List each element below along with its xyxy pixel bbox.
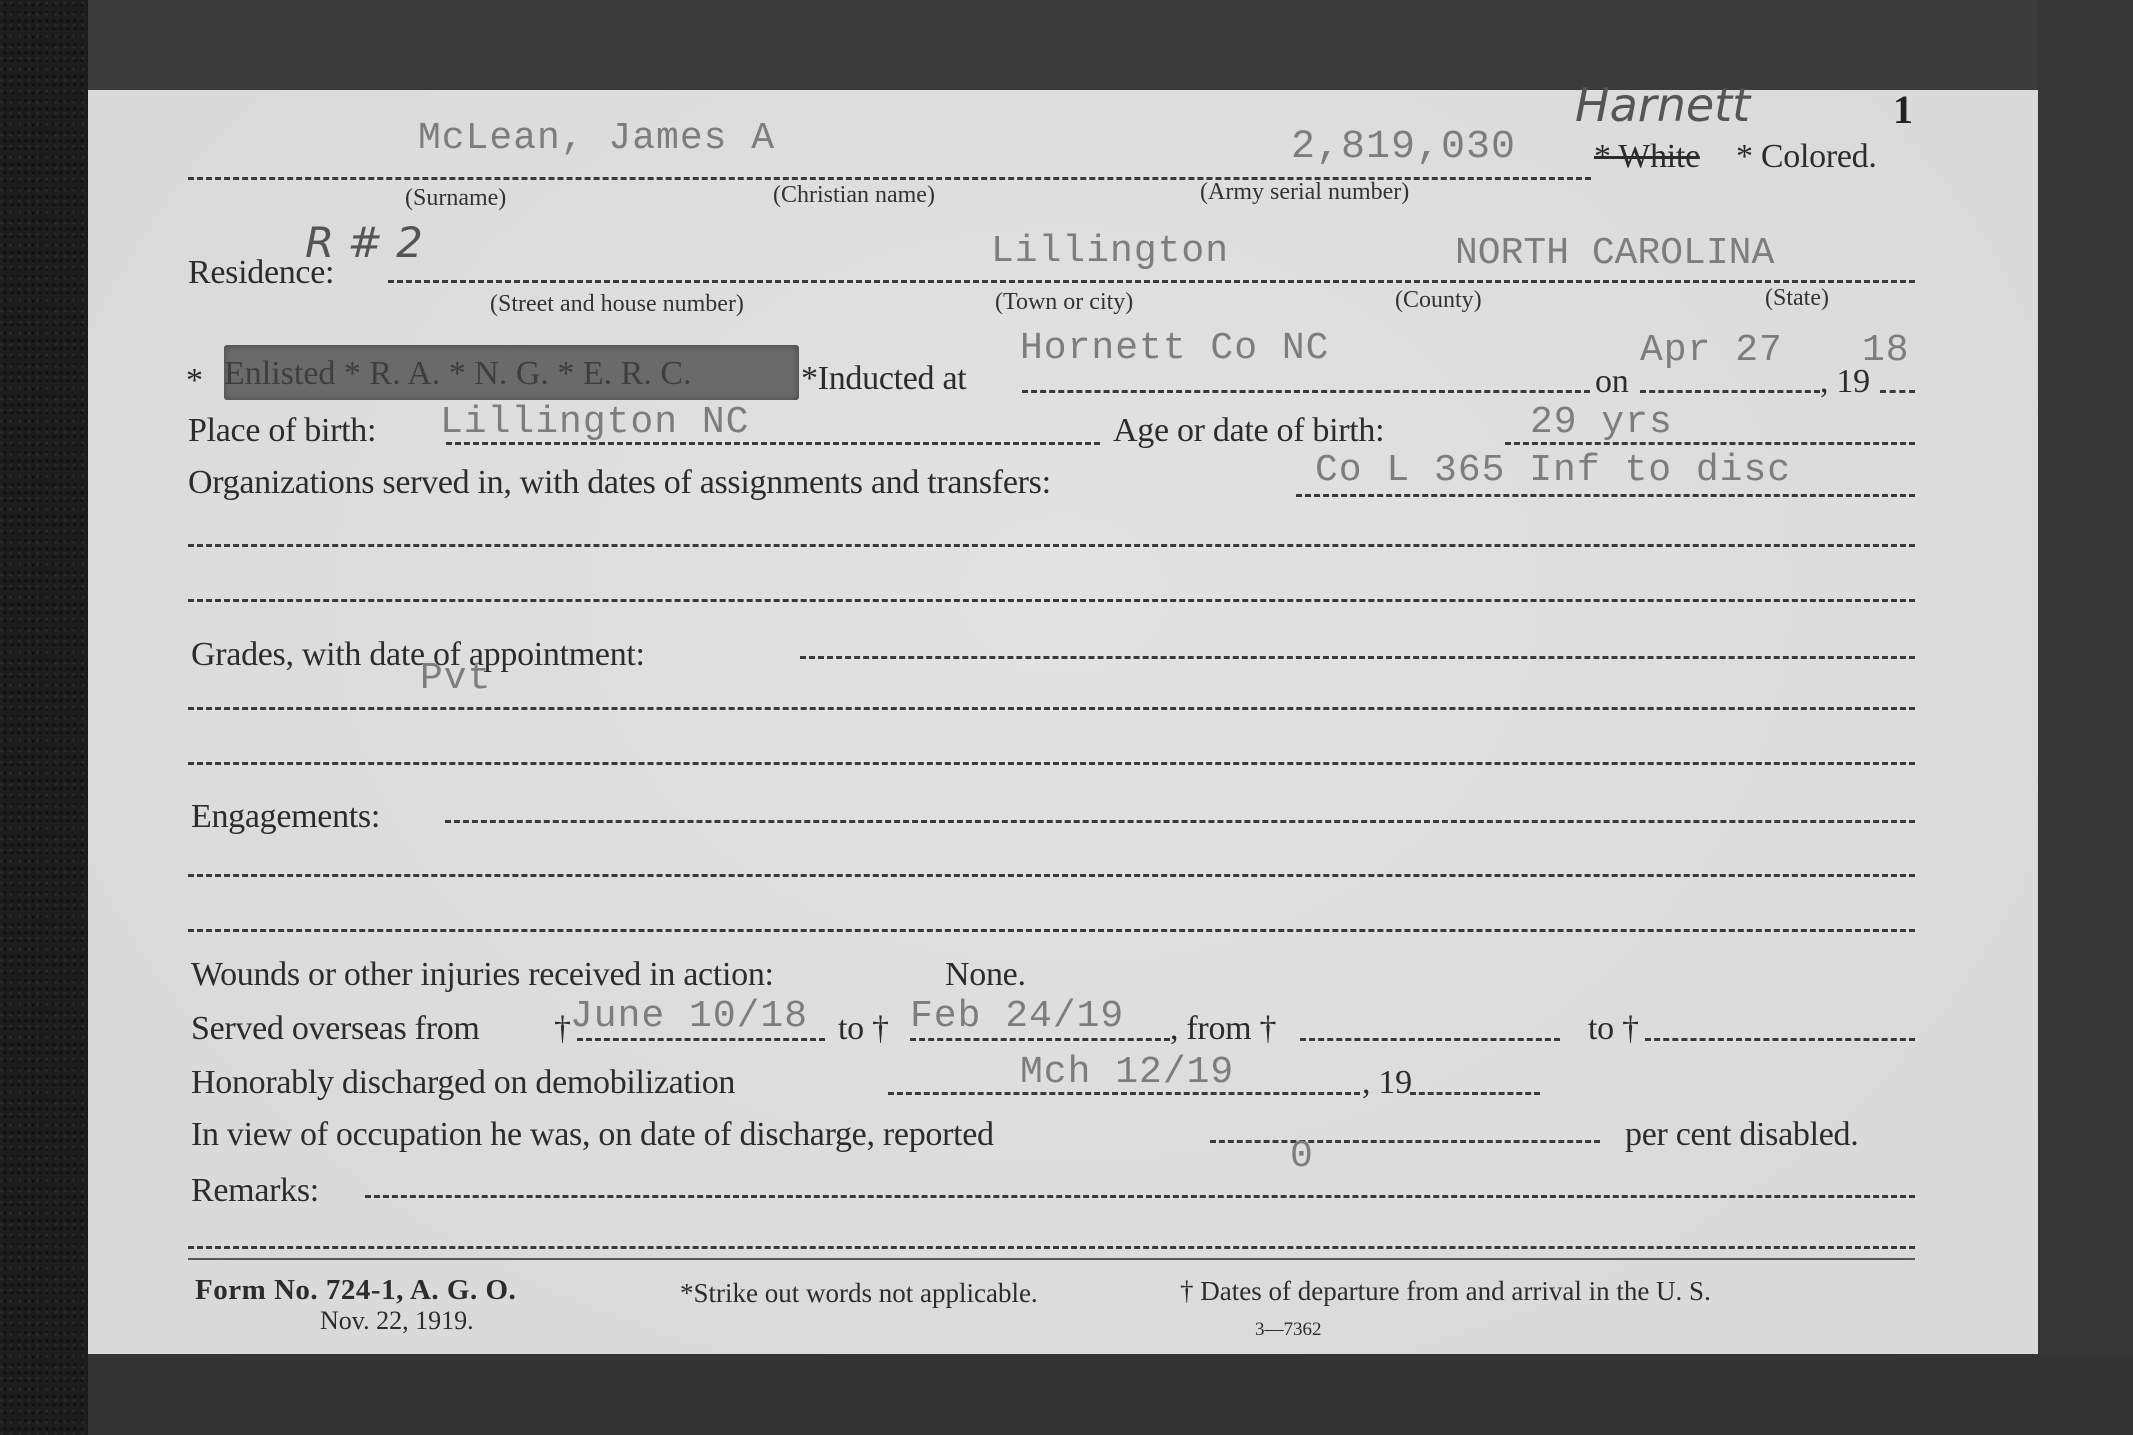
remarks-line-1 [365,1195,1915,1198]
christian-name-caption: (Christian name) [773,183,935,207]
grades-line-1 [800,656,1915,659]
footnote-asterisk: *Strike out words not applicable. [680,1280,1038,1307]
form-number: Form No. 724-1, A. G. O. [195,1276,516,1305]
residence-label: Residence: [188,256,334,290]
overseas-from-value: June 10/18 [570,998,808,1036]
engagements-line-3 [188,929,1915,932]
organizations-line-3 [188,599,1915,602]
print-code: 3—7362 [1255,1320,1322,1339]
grades-value: Pvt [420,660,491,698]
overseas-to-label: to † [838,1012,889,1046]
scan-border-right [2038,0,2133,1435]
engagements-label: Engagements: [191,800,380,834]
discharge-label: Honorably discharged on demobilization [191,1066,735,1100]
overseas-from-line [577,1038,825,1041]
overseas-label: Served overseas from [191,1012,480,1046]
surname-caption: (Surname) [405,186,506,210]
disability-label: In view of occupation he was, on date of… [191,1118,994,1152]
street-caption: (Street and house number) [490,292,744,316]
town-value: Lillington [991,233,1229,271]
overseas-to2-line [1645,1038,1915,1041]
inducted-at-label: *Inducted at [801,362,966,396]
wounds-label: Wounds or other injuries received in act… [191,958,774,992]
place-of-birth-line [446,442,1100,445]
overseas-dagger: † [554,1012,571,1046]
name-value: McLean, James A [418,120,775,158]
grades-line-3 [188,762,1915,765]
footer-rule [188,1258,1915,1260]
enlist-asterisk: * [186,364,203,398]
page-number: 1 [1893,90,1913,130]
serial-value: 2,819,030 [1291,128,1516,168]
race-white-option: * White [1594,140,1700,174]
overseas-to2-label: to † [1588,1012,1639,1046]
county-annotation: Harnett [1575,82,1750,128]
discharge-value: Mch 12/19 [1020,1054,1234,1092]
engagements-line-1 [445,820,1915,823]
serial-caption: (Army serial number) [1200,180,1409,204]
scan-border-bottom [88,1354,2133,1435]
remarks-line-2 [188,1246,1915,1249]
disability-line [1210,1140,1600,1143]
induction-date-line [1640,390,1820,393]
county-caption: (County) [1395,288,1482,312]
state-value: NORTH CAROLINA [1455,235,1774,273]
disability-value: 0 [1290,1138,1314,1176]
wounds-value: None. [945,958,1026,992]
remarks-label: Remarks: [191,1174,319,1208]
overseas-to-line [910,1038,1170,1041]
disability-suffix: per cent disabled. [1625,1118,1858,1152]
form-date: Nov. 22, 1919. [320,1308,474,1334]
induction-place-value: Hornett Co NC [1020,330,1329,368]
induction-date-value: Apr 27 [1640,332,1783,370]
engagements-line-2 [188,874,1915,877]
residence-line [388,280,1915,283]
organizations-label: Organizations served in, with dates of a… [188,466,1051,500]
age-line [1505,442,1915,445]
place-of-birth-value: Lillington NC [440,404,749,442]
redacted-enlistment-options: Enlisted * R. A. * N. G. * E. R. C. [224,345,799,400]
on-label: on [1595,365,1628,399]
overseas-to-value: Feb 24/19 [910,998,1124,1036]
organizations-line-2 [188,544,1915,547]
place-of-birth-label: Place of birth: [188,414,376,448]
grades-line-2 [188,707,1915,710]
discharge-line [888,1092,1360,1095]
town-caption: (Town or city) [995,290,1133,314]
induction-year-value: 18 [1862,332,1910,370]
state-caption: (State) [1765,286,1829,310]
age-label: Age or date of birth: [1113,414,1384,448]
age-value: 29 yrs [1530,404,1673,442]
organizations-line-1 [1296,494,1915,497]
grades-label: Grades, with date of appointment: [191,638,645,672]
footnote-dagger: † Dates of departure from and arrival in… [1180,1278,1711,1305]
induction-place-line [1022,390,1590,393]
redacted-options-text: Enlisted * R. A. * N. G. * E. R. C. [224,355,692,393]
organizations-value: Co L 365 Inf to disc [1315,452,1791,490]
discharge-year-prefix: , 19 [1362,1066,1412,1100]
race-colored-option: * Colored. [1736,140,1877,174]
scan-border-left [0,0,88,1435]
discharge-year-line [1410,1092,1540,1095]
induction-year-line [1880,390,1915,393]
overseas-from2-label: , from † [1170,1012,1276,1046]
overseas-from2-line [1300,1038,1560,1041]
